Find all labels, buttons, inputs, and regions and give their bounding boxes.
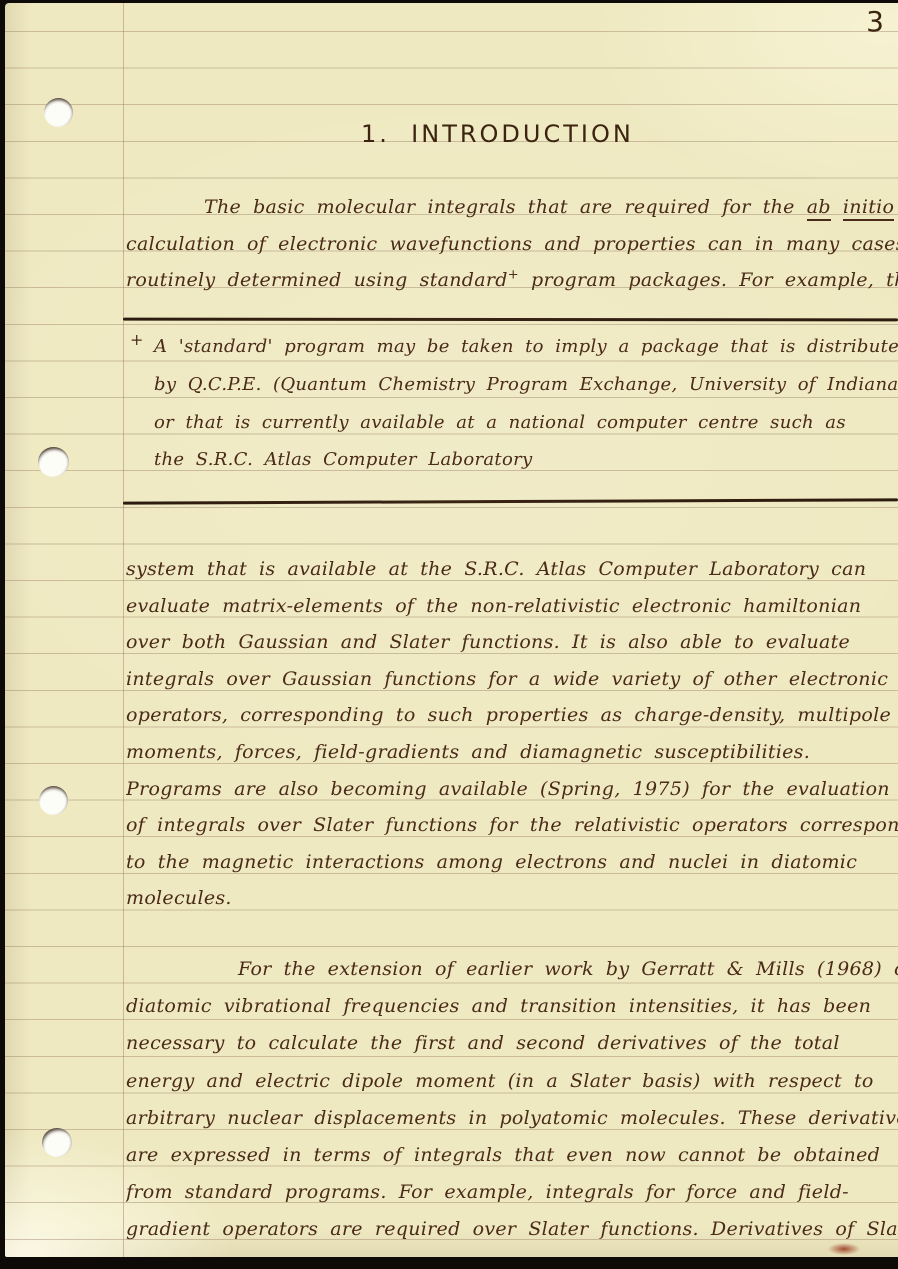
text-line: molecules. — [126, 880, 898, 917]
underlined-term: ab — [807, 196, 831, 221]
footnote: + A 'standard' program may be taken to i… — [126, 328, 898, 479]
punch-hole-3 — [39, 786, 68, 815]
footnote-line: the S.R.C. Atlas Computer Laboratory — [126, 441, 898, 479]
text-line: calculation of electronic wavefunctions … — [126, 226, 898, 263]
text-segment: program packages. For example, the ATMOL — [519, 269, 898, 291]
page-number: 3 — [866, 5, 884, 38]
scanned-page-background: 3 1. INTRODUCTION The basic molecular in… — [0, 0, 898, 1269]
text-segment: routinely determined using standard — [126, 269, 508, 291]
text-line: system that is available at the S.R.C. A… — [126, 551, 898, 588]
text-line: arbitrary nuclear displacements in polya… — [126, 1100, 898, 1137]
section-title: 1. INTRODUCTION — [361, 116, 634, 153]
text-line: diatomic vibrational frequencies and tra… — [126, 988, 898, 1025]
footnote-reference-mark: + — [508, 268, 519, 283]
text-line: necessary to calculate the first and sec… — [126, 1025, 898, 1062]
ink-smudge — [828, 1243, 860, 1255]
footnote-line: by Q.C.P.E. (Quantum Chemistry Program E… — [126, 366, 898, 404]
underlined-term: initio — [843, 196, 894, 221]
text-line: integrals over Gaussian functions for a … — [126, 661, 898, 698]
footnote-line: A 'standard' program may be taken to imp… — [126, 328, 898, 366]
text-line: of integrals over Slater functions for t… — [126, 807, 898, 844]
text-line: energy and electric dipole moment (in a … — [126, 1063, 898, 1100]
text-line: over both Gaussian and Slater functions.… — [126, 624, 898, 661]
margin-line — [123, 3, 124, 1257]
text-line: The basic molecular integrals that are r… — [126, 189, 898, 226]
punch-hole-1 — [44, 98, 73, 127]
paragraph-intro: The basic molecular integrals that are r… — [126, 189, 898, 299]
text-line: operators, corresponding to such propert… — [126, 697, 898, 734]
footnote-dagger-mark: + — [130, 321, 144, 359]
punch-hole-4 — [42, 1128, 72, 1157]
text-line: Programs are also becoming available (Sp… — [126, 771, 898, 808]
text-segment: The basic molecular integrals that are r… — [204, 196, 807, 218]
text-line: gradient operators are required over Sla… — [126, 1211, 898, 1248]
footnote-line: or that is currently available at a nati… — [126, 404, 898, 442]
text-line: moments, forces, field-gradients and dia… — [126, 734, 898, 771]
paragraph-atmol-system: system that is available at the S.R.C. A… — [126, 551, 898, 917]
text-line: are expressed in terms of integrals that… — [126, 1137, 898, 1174]
text-line: from standard programs. For example, int… — [126, 1174, 898, 1211]
notebook-paper: 3 1. INTRODUCTION The basic molecular in… — [5, 3, 898, 1257]
text-line: to the magnetic interactions among elect… — [126, 844, 898, 881]
paragraph-derivatives: For the extension of earlier work by Ger… — [126, 951, 898, 1249]
text-line: evaluate matrix-elements of the non-rela… — [126, 588, 898, 625]
text-line: routinely determined using standard+ pro… — [126, 262, 898, 299]
punch-hole-2 — [38, 447, 69, 477]
text-line: For the extension of earlier work by Ger… — [126, 951, 898, 988]
